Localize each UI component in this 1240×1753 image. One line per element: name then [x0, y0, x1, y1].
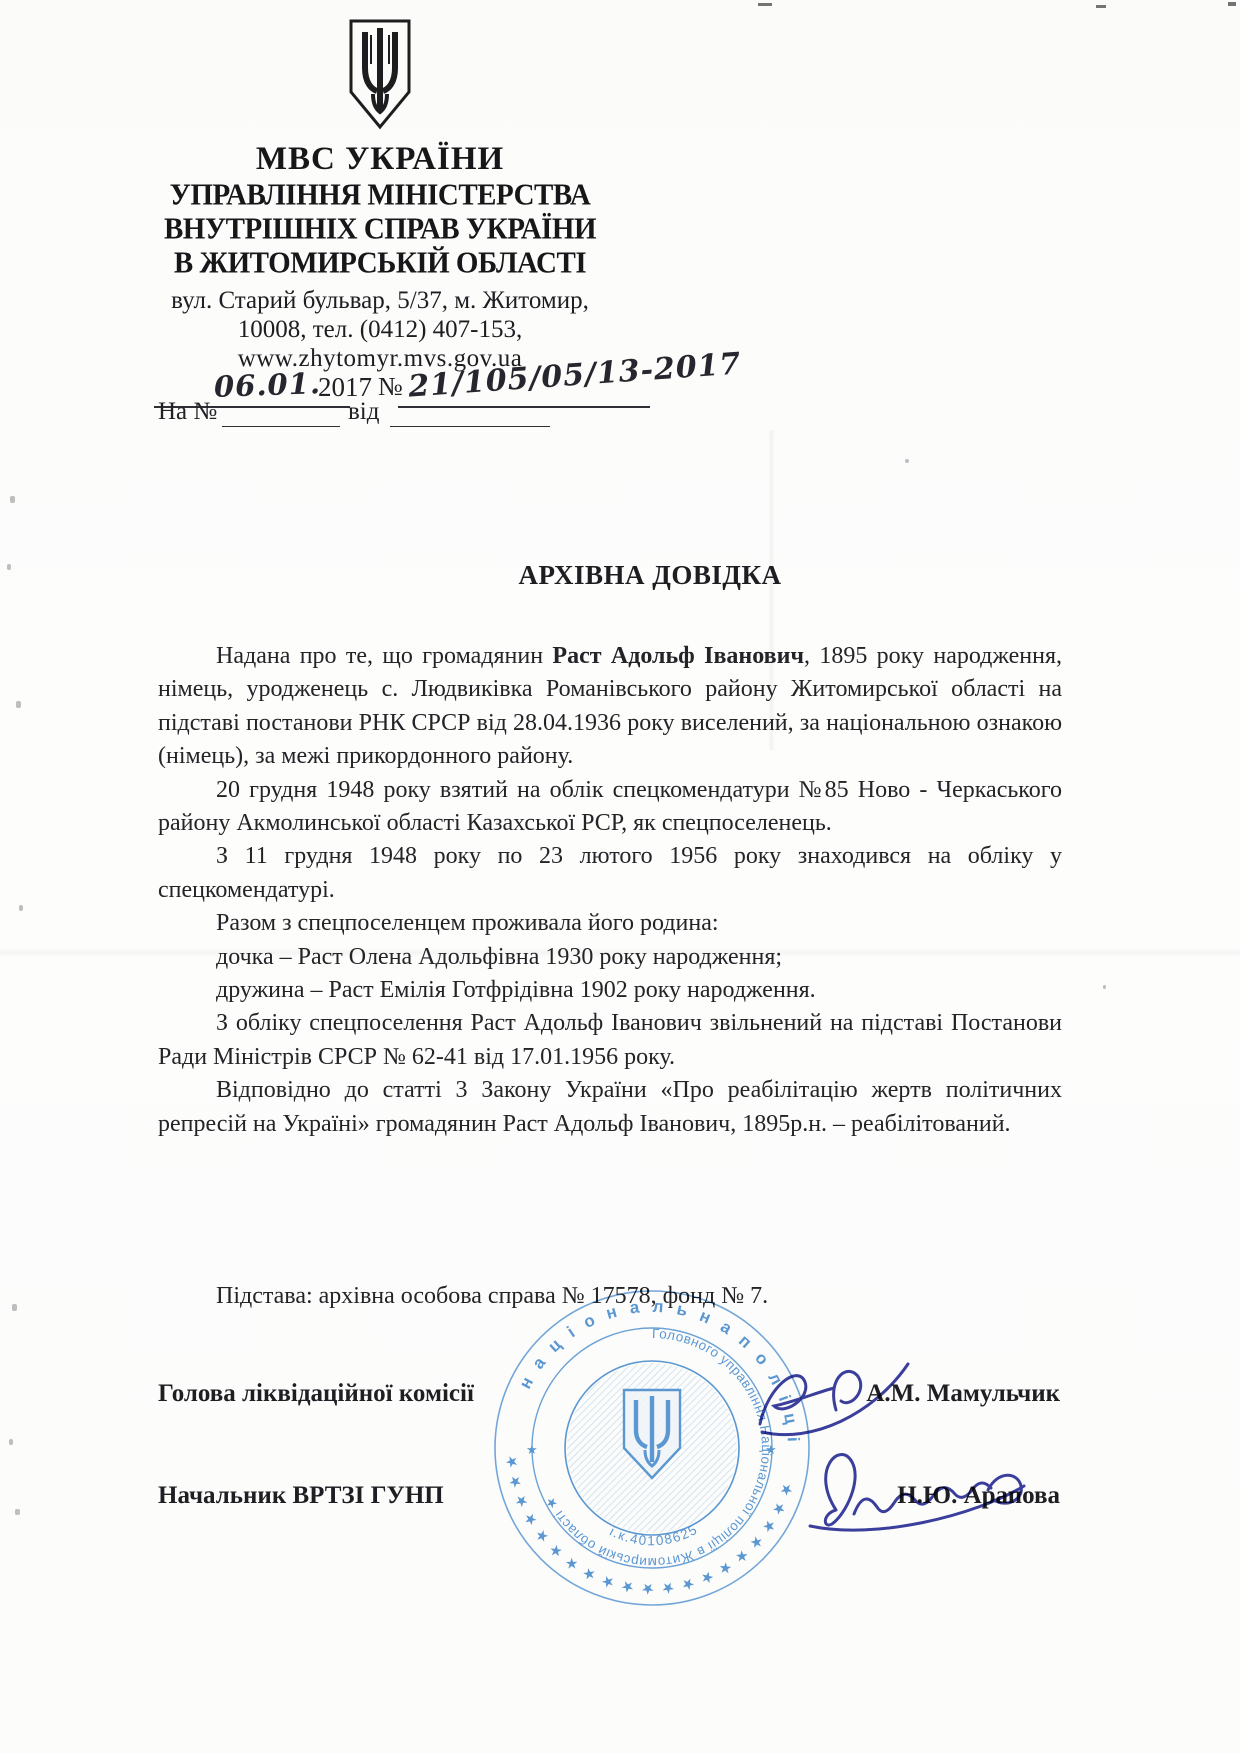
scan-artifact: [1103, 985, 1106, 989]
reply-number-underline: [222, 426, 340, 427]
org-name-line: МВС УКРАЇНИ: [148, 140, 612, 178]
org-name-line: В ЖИТОМИРСЬКІЙ ОБЛАСТІ: [148, 245, 612, 280]
scan-artifact: [758, 3, 772, 6]
signer-title: Начальник ВРТЗІ ГУНП: [158, 1482, 444, 1510]
address-line: 10008, тел. (0412) 407-153,: [148, 315, 612, 344]
reply-reference-line: На № від: [150, 398, 670, 438]
scan-artifact: [9, 1439, 13, 1445]
scan-artifact: [19, 905, 23, 911]
signer-title: Голова ліквідаційної комісії: [158, 1380, 474, 1408]
paragraph: З обліку спецпоселення Раст Адольф Івано…: [158, 1007, 1062, 1074]
scanned-document-page: МВС УКРАЇНИ УПРАВЛІННЯ МІНІСТЕРСТВА ВНУТ…: [0, 0, 1240, 1753]
paragraph: Відповідно до статті 3 Закону України «П…: [158, 1074, 1062, 1141]
letterhead: МВС УКРАЇНИ УПРАВЛІННЯ МІНІСТЕРСТВА ВНУТ…: [148, 18, 612, 373]
stamp-star-left: ★: [526, 1442, 538, 1457]
signature-row-chairman: Голова ліквідаційної комісії А.М. Мамуль…: [158, 1380, 1060, 1408]
scan-artifact: [16, 701, 21, 708]
org-name-line: УПРАВЛІННЯ МІНІСТЕРСТВА: [148, 177, 612, 212]
na-number-label: На №: [158, 398, 217, 426]
address-line: вул. Старий бульвар, 5/37, м. Житомир,: [148, 286, 612, 315]
paragraph-text: Надана про те, що громадянин: [216, 643, 552, 669]
scan-artifact: [10, 496, 15, 503]
scan-artifact: [905, 459, 909, 463]
scan-artifact: [1096, 5, 1106, 8]
subject-name-bold: Раст Адольф Іванович: [552, 643, 804, 669]
paragraph: З 11 грудня 1948 року по 23 лютого 1956 …: [158, 840, 1062, 907]
paragraph: Надана про те, що громадянин Раст Адольф…: [158, 640, 1062, 774]
document-body: Надана про те, що громадянин Раст Адольф…: [158, 640, 1062, 1141]
reply-date-underline: [390, 426, 550, 427]
scan-artifact: [15, 1509, 20, 1515]
ukraine-trident-emblem-icon: [345, 18, 415, 132]
org-name-line: ВНУТРІШНІХ СПРАВ УКРАЇНИ: [148, 211, 612, 246]
document-title: АРХІВНА ДОВІДКА: [495, 560, 805, 591]
paragraph: Разом з спецпоселенцем проживала його ро…: [158, 907, 1062, 940]
vid-label: від: [348, 398, 379, 426]
paragraph: 20 грудня 1948 року взятий на облік спец…: [158, 774, 1062, 841]
scan-artifact: [12, 1304, 17, 1311]
scan-artifact: [7, 564, 11, 570]
paragraph: дружина – Раст Емілія Готфрідівна 1902 р…: [158, 974, 1062, 1007]
scan-artifact: [1228, 2, 1236, 6]
paragraph: дочка – Раст Олена Адольфівна 1930 року …: [158, 941, 1062, 974]
signature-ink-icon: [792, 1432, 1032, 1544]
